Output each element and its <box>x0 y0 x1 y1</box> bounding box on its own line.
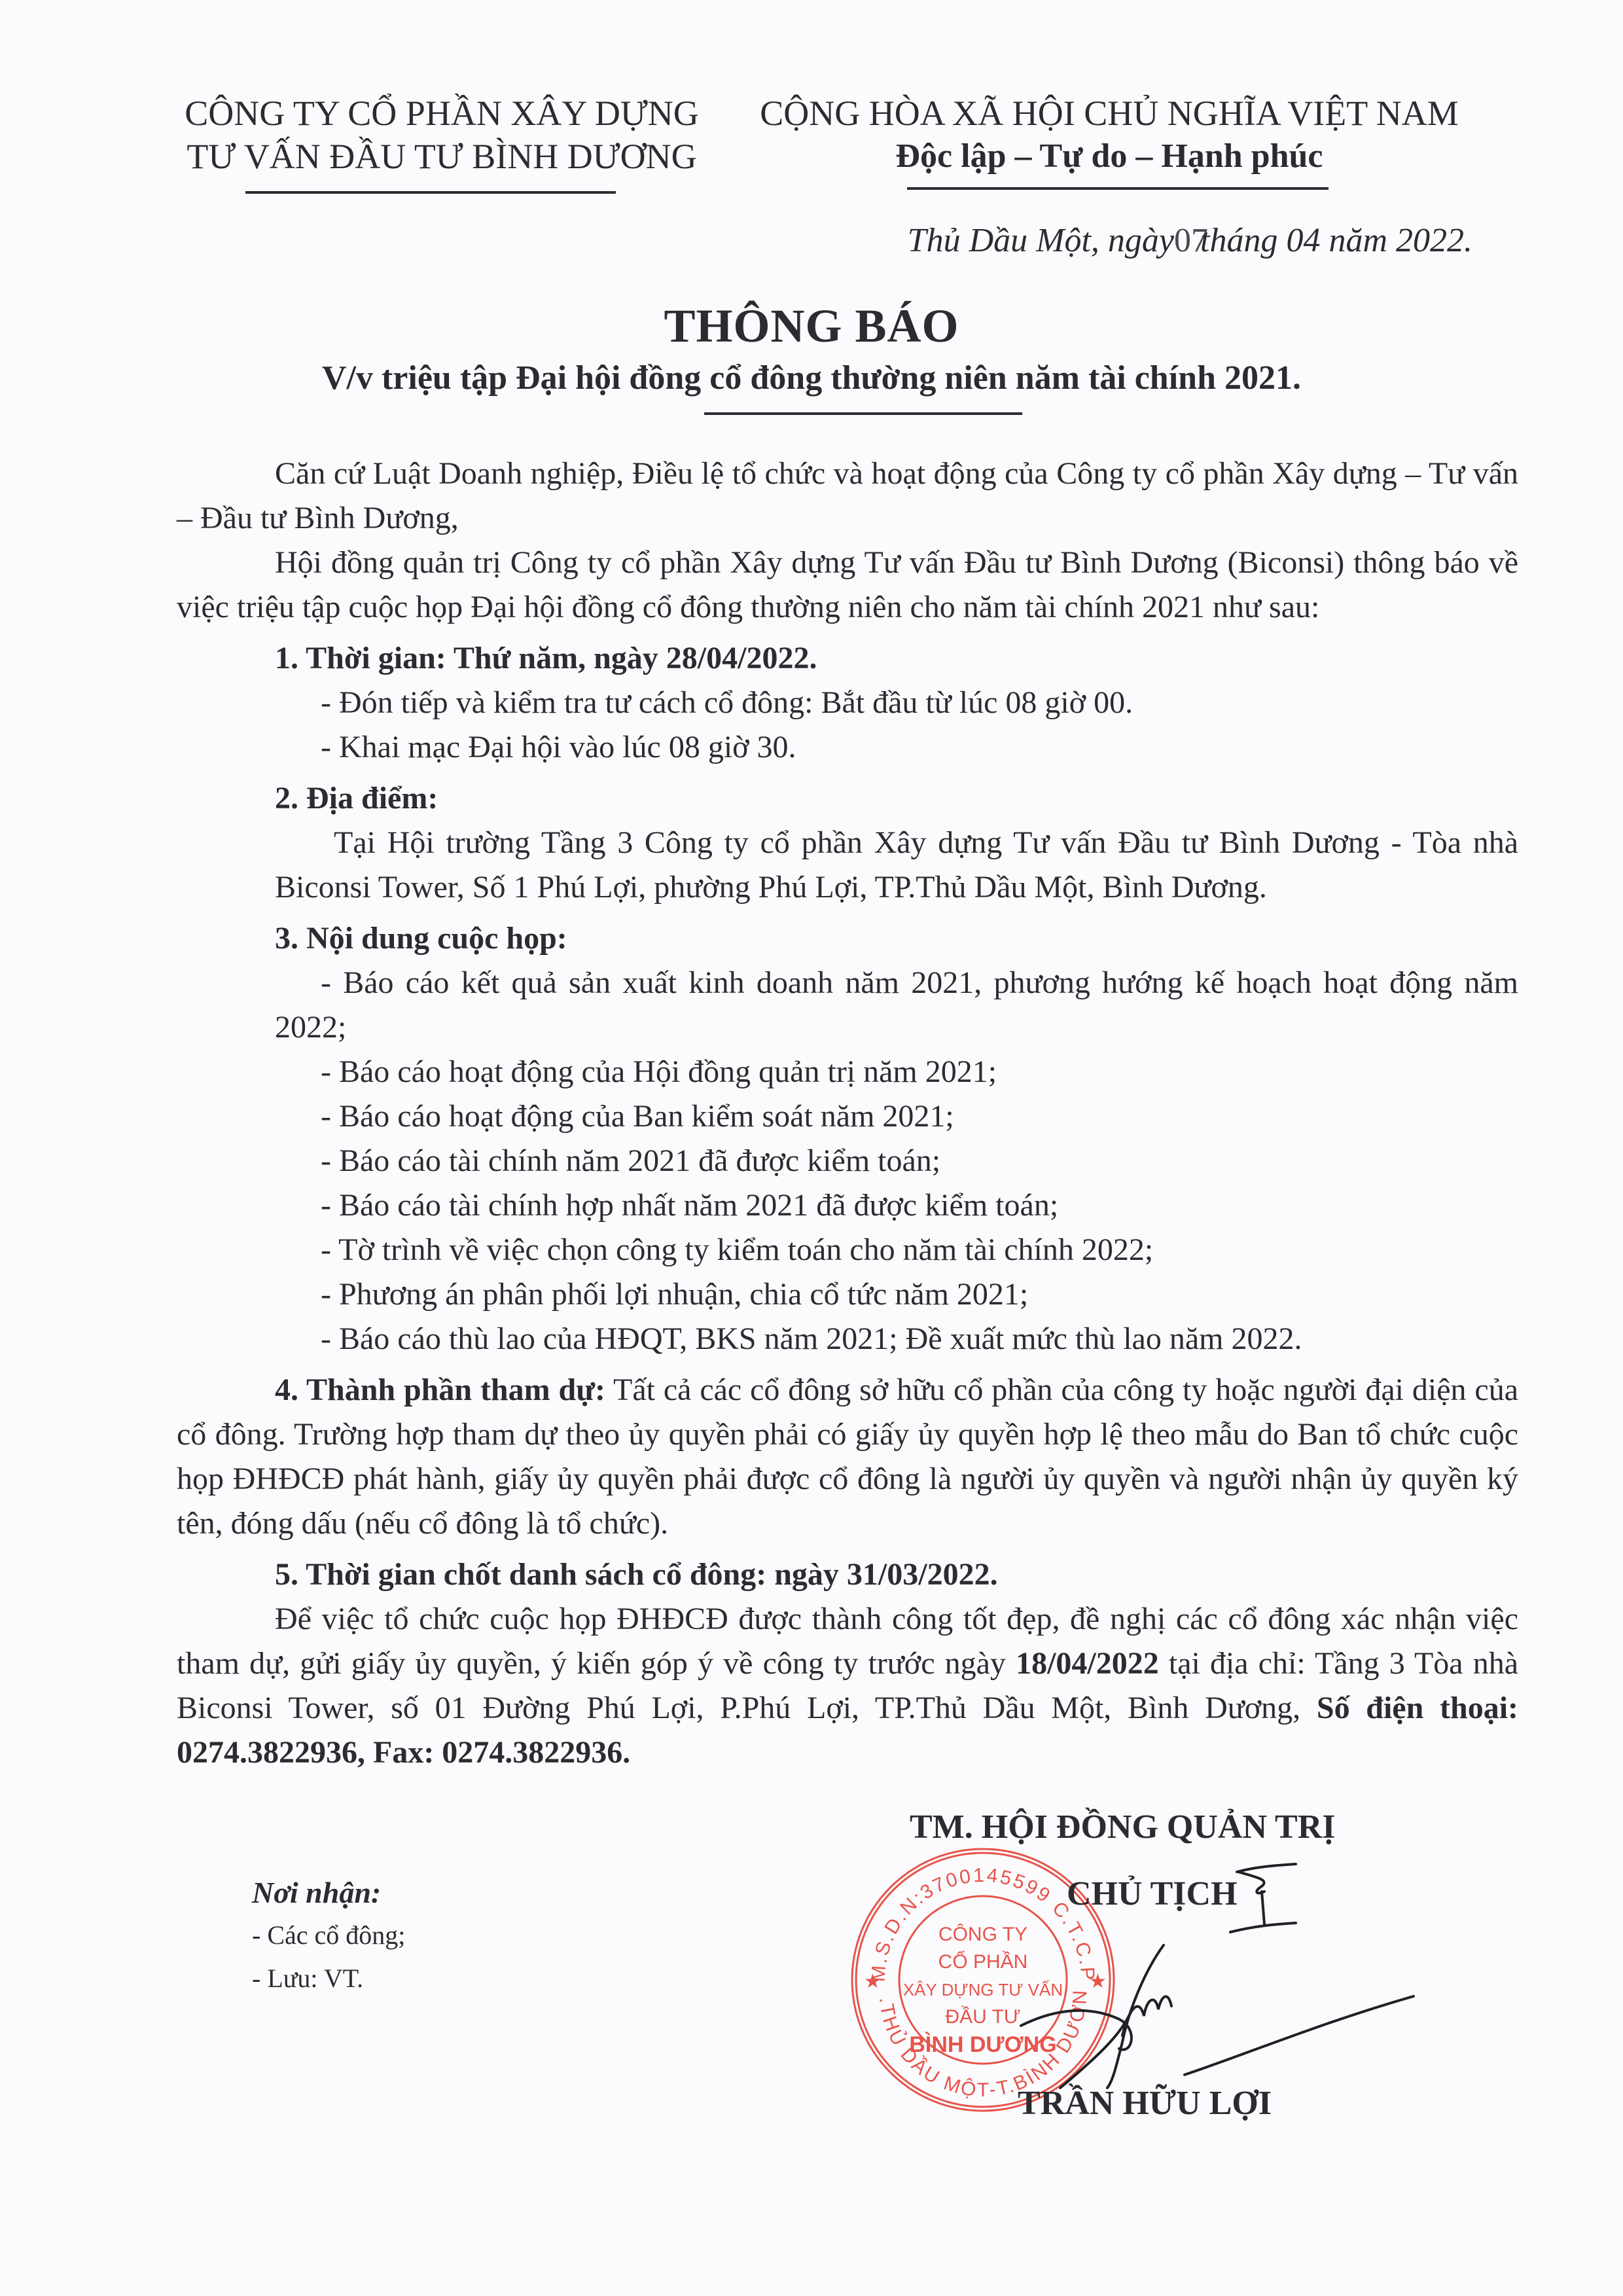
agenda-item: - Báo cáo hoạt động của Hội đồng quản tr… <box>177 1050 1518 1094</box>
legal-basis-paragraph: Căn cứ Luật Doanh nghiệp, Điều lệ tổ chứ… <box>177 452 1518 541</box>
agenda-item: - Báo cáo tài chính năm 2021 đã được kiể… <box>177 1139 1518 1183</box>
agenda-item: - Báo cáo tài chính hợp nhất năm 2021 đã… <box>177 1183 1518 1228</box>
section-attendees: 4. Thành phần tham dự: Tất cả các cổ đôn… <box>177 1368 1518 1546</box>
document-title: THÔNG BÁO <box>0 298 1623 354</box>
svg-text:★: ★ <box>864 1971 882 1992</box>
company-name-line2: TƯ VẤN ĐẦU TƯ BÌNH DƯƠNG <box>164 135 720 178</box>
recipients-block: Nơi nhận: - Các cổ đông; - Lưu: VT. <box>252 1872 405 2000</box>
national-motto-underline <box>907 187 1329 190</box>
closing-deadline: 18/04/2022 <box>1016 1646 1159 1681</box>
national-header: CỘNG HÒA XÃ HỘI CHỦ NGHĨA VIỆT NAM Độc l… <box>726 92 1492 178</box>
national-motto: Độc lập – Tự do – Hạnh phúc <box>726 135 1492 178</box>
recipient-item: - Lưu: VT. <box>252 1957 405 2000</box>
company-name-line1: CÔNG TY CỔ PHẦN XÂY DỰNG <box>164 92 720 135</box>
section-attendees-heading: 4. Thành phần tham dự: <box>275 1372 605 1407</box>
company-header: CÔNG TY CỔ PHẦN XÂY DỰNG TƯ VẤN ĐẦU TƯ B… <box>164 92 720 178</box>
issue-date: Thủ Dầu Một, ngày07tháng 04 năm 2022. <box>818 221 1472 260</box>
signatory-organization: TM. HỘI ĐỒNG QUẢN TRỊ <box>910 1806 1499 1848</box>
handwritten-signature-icon <box>903 1846 1453 2121</box>
recipients-title: Nơi nhận: <box>252 1872 405 1914</box>
venue-text: Tại Hội trường Tầng 3 Công ty cổ phần Xâ… <box>177 821 1518 910</box>
document-subject: V/v triệu tập Đại hội đồng cổ đông thườn… <box>0 357 1623 400</box>
agenda-item: - Báo cáo hoạt động của Ban kiểm soát nă… <box>177 1094 1518 1139</box>
date-suffix: tháng 04 năm 2022. <box>1200 222 1472 259</box>
agenda-item: - Báo cáo kết quả sản xuất kinh doanh nă… <box>177 961 1518 1050</box>
company-header-underline <box>245 191 616 194</box>
section-record-date: 5. Thời gian chốt danh sách cổ đông: ngà… <box>177 1552 1518 1597</box>
date-day-handwritten: 07 <box>1174 221 1200 260</box>
section-agenda-heading: 3. Nội dung cuộc họp: <box>177 916 1518 961</box>
closing-paragraph: Để việc tổ chức cuộc họp ĐHĐCĐ được thàn… <box>177 1597 1518 1775</box>
intro-paragraph: Hội đồng quản trị Công ty cổ phần Xây dự… <box>177 541 1518 630</box>
national-title: CỘNG HÒA XÃ HỘI CHỦ NGHĨA VIỆT NAM <box>726 92 1492 135</box>
section-venue-heading: 2. Địa điểm: <box>177 776 1518 821</box>
agenda-item: - Báo cáo thù lao của HĐQT, BKS năm 2021… <box>177 1317 1518 1361</box>
agenda-item: - Tờ trình về việc chọn công ty kiểm toá… <box>177 1228 1518 1272</box>
section-time-heading: 1. Thời gian: Thứ năm, ngày 28/04/2022. <box>177 636 1518 681</box>
title-underline <box>704 412 1022 415</box>
document-page: CÔNG TY CỔ PHẦN XÂY DỰNG TƯ VẤN ĐẦU TƯ B… <box>0 0 1623 2296</box>
recipient-item: - Các cổ đông; <box>252 1914 405 1957</box>
time-item: - Đón tiếp và kiểm tra tư cách cổ đông: … <box>177 681 1518 725</box>
time-item: - Khai mạc Đại hội vào lúc 08 giờ 30. <box>177 725 1518 770</box>
document-body: Căn cứ Luật Doanh nghiệp, Điều lệ tổ chứ… <box>177 452 1518 1775</box>
agenda-item: - Phương án phân phối lợi nhuận, chia cổ… <box>177 1272 1518 1317</box>
date-prefix: Thủ Dầu Một, ngày <box>908 222 1174 259</box>
